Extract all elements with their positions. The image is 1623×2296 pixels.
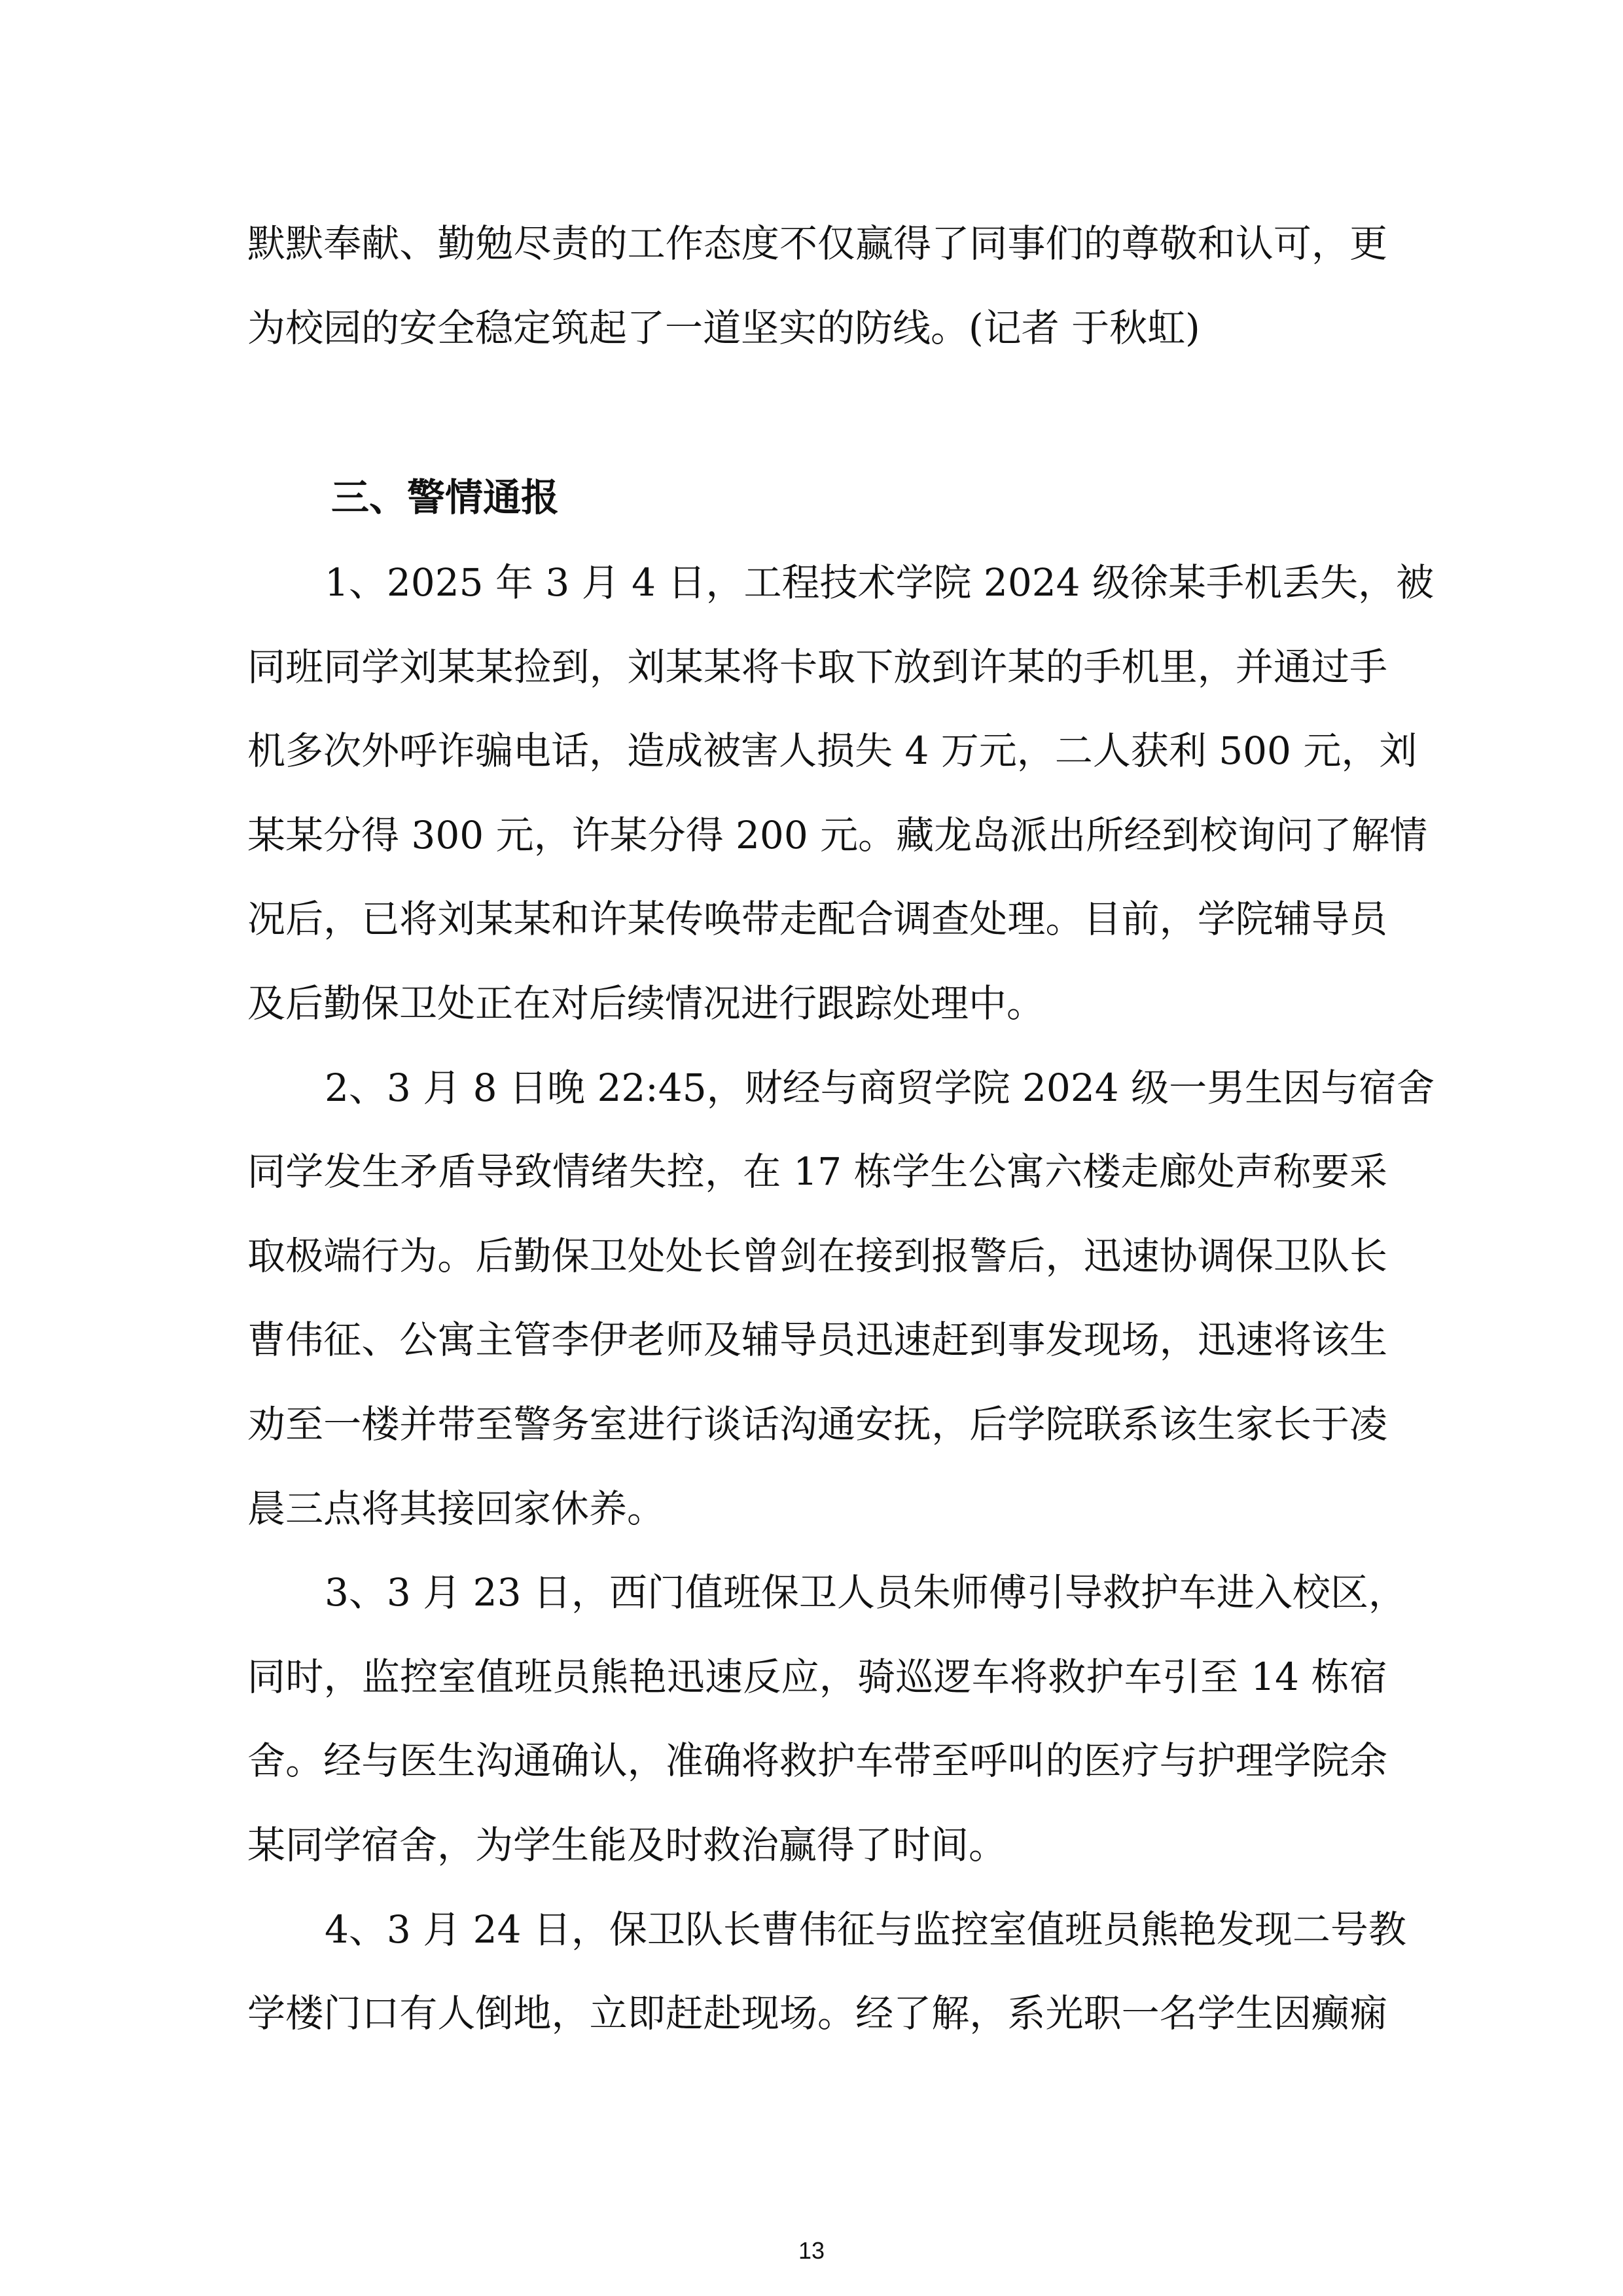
paragraph-3-line-3: 舍。经与医生沟通确认，准确将救护车带至呼叫的医疗与护理学院余 [247, 1731, 1387, 1790]
paragraph-1-line-5: 况后，已将刘某某和许某传唤带走配合调查处理。目前，学院辅导员 [247, 889, 1387, 948]
paragraph-2-line-6: 晨三点将其接回家休养。 [247, 1479, 1387, 1538]
paragraph-1-line-6: 及后勤保卫处正在对后续情况进行跟踪处理中。 [247, 974, 1387, 1033]
paragraph-2-line-1: 2、3 月 8 日晚 22:45，财经与商贸学院 2024 级一男生因与宿舍 [325, 1058, 1387, 1117]
paragraph-2-line-5: 劝至一楼并带至警务室进行谈话沟通安抚，后学院联系该生家长于凌 [247, 1395, 1387, 1454]
paragraph-1-line-3: 机多次外呼诈骗电话，造成被害人损失 4 万元，二人获利 500 元，刘 [247, 721, 1387, 780]
paragraph-2-line-2: 同学发生矛盾导致情绪失控，在 17 栋学生公寓六楼走廊处声称要采 [247, 1142, 1387, 1201]
paragraph-4-line-2: 学楼门口有人倒地，立即赶赴现场。经了解，系光职一名学生因癫痫 [247, 1984, 1387, 2043]
paragraph-1-line-1: 1、2025 年 3 月 4 日，工程技术学院 2024 级徐某手机丢失，被 [325, 553, 1387, 612]
paragraph-1-line-4: 某某分得 300 元，许某分得 200 元。藏龙岛派出所经到校询问了解情 [247, 806, 1387, 865]
section-heading: 三、警情通报 [331, 468, 559, 527]
paragraph-1-line-2: 同班同学刘某某捡到，刘某某将卡取下放到许某的手机里，并通过手 [247, 637, 1387, 696]
paragraph-2-line-3: 取极端行为。后勤保卫处处长曾剑在接到报警后，迅速协调保卫队长 [247, 1227, 1387, 1285]
paragraph-4-line-1: 4、3 月 24 日，保卫队长曹伟征与监控室值班员熊艳发现二号教 [325, 1900, 1387, 1959]
intro-line-2: 为校园的安全稳定筑起了一道坚实的防线。(记者 于秋虹) [247, 298, 1387, 357]
intro-line-1: 默默奉献、勤勉尽责的工作态度不仅赢得了同事们的尊敬和认可，更 [247, 214, 1387, 273]
paragraph-3-line-1: 3、3 月 23 日，西门值班保卫人员朱师傅引导救护车进入校区， [325, 1563, 1387, 1622]
document-page: 默默奉献、勤勉尽责的工作态度不仅赢得了同事们的尊敬和认可，更 为校园的安全稳定筑… [0, 0, 1623, 2296]
paragraph-2-line-4: 曹伟征、公寓主管李伊老师及辅导员迅速赶到事发现场，迅速将该生 [247, 1310, 1387, 1369]
page-number: 13 [0, 2237, 1623, 2265]
paragraph-3-line-2: 同时，监控室值班员熊艳迅速反应，骑巡逻车将救护车引至 14 栋宿 [247, 1647, 1387, 1706]
paragraph-3-line-4: 某同学宿舍，为学生能及时救治赢得了时间。 [247, 1816, 1387, 1874]
